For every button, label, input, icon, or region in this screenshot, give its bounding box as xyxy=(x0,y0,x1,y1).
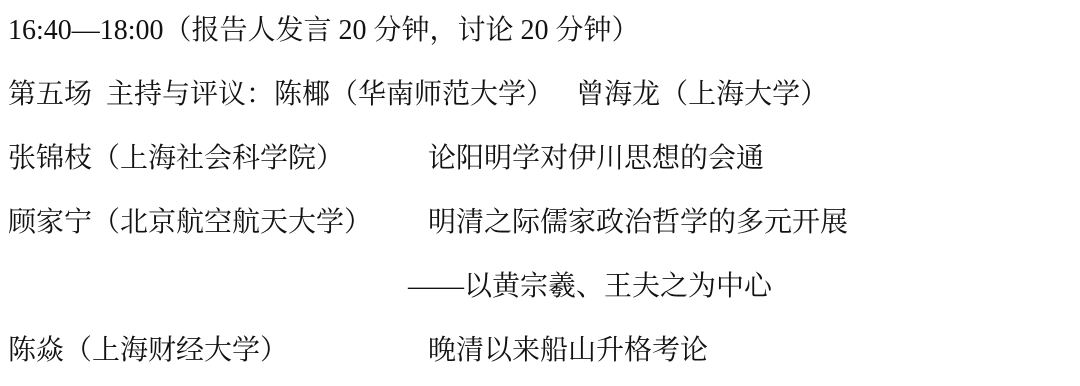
chair-1: 陈椰（华南师范大学） xyxy=(274,79,554,110)
paper-title: 晚清以来船山升格考论 xyxy=(428,335,708,366)
chair-1-affiliation: （华南师范大学） xyxy=(330,79,554,110)
paper-title: 明清之际儒家政治哲学的多元开展 xyxy=(428,207,848,238)
program-document: 16:40—18:00（报告人发言 20 分钟，讨论 20 分钟） 第五场主持与… xyxy=(0,0,1080,369)
session-header-line: 第五场主持与评议：陈椰（华南师范大学）曾海龙（上海大学） xyxy=(8,76,1070,113)
speaker-name-affiliation: 张锦枝（上海社会科学院） xyxy=(8,140,428,177)
paper-subtitle: ——以黄宗羲、王夫之为中心 xyxy=(408,268,1070,305)
paper-title: 论阳明学对伊川思想的会通 xyxy=(428,143,764,174)
session-number-label: 第五场 xyxy=(8,79,92,110)
time-slot-line: 16:40—18:00（报告人发言 20 分钟，讨论 20 分钟） xyxy=(8,12,1070,49)
speaker-name-affiliation: 顾家宁（北京航空航天大学） xyxy=(8,204,428,241)
presentation-row-2: 顾家宁（北京航空航天大学）明清之际儒家政治哲学的多元开展 xyxy=(8,204,1070,241)
presentation-row-3: 陈焱（上海财经大学）晚清以来船山升格考论 xyxy=(8,332,1070,369)
chair-2-affiliation: （上海大学） xyxy=(660,79,828,110)
chair-role-label: 主持与评议： xyxy=(106,79,274,110)
chair-2-name: 曾海龙 xyxy=(576,79,660,110)
chair-2: 曾海龙（上海大学） xyxy=(576,79,828,110)
speaker-name-affiliation: 陈焱（上海财经大学） xyxy=(8,332,428,369)
chair-1-name: 陈椰 xyxy=(274,79,330,110)
presentation-row-1: 张锦枝（上海社会科学院）论阳明学对伊川思想的会通 xyxy=(8,140,1070,177)
